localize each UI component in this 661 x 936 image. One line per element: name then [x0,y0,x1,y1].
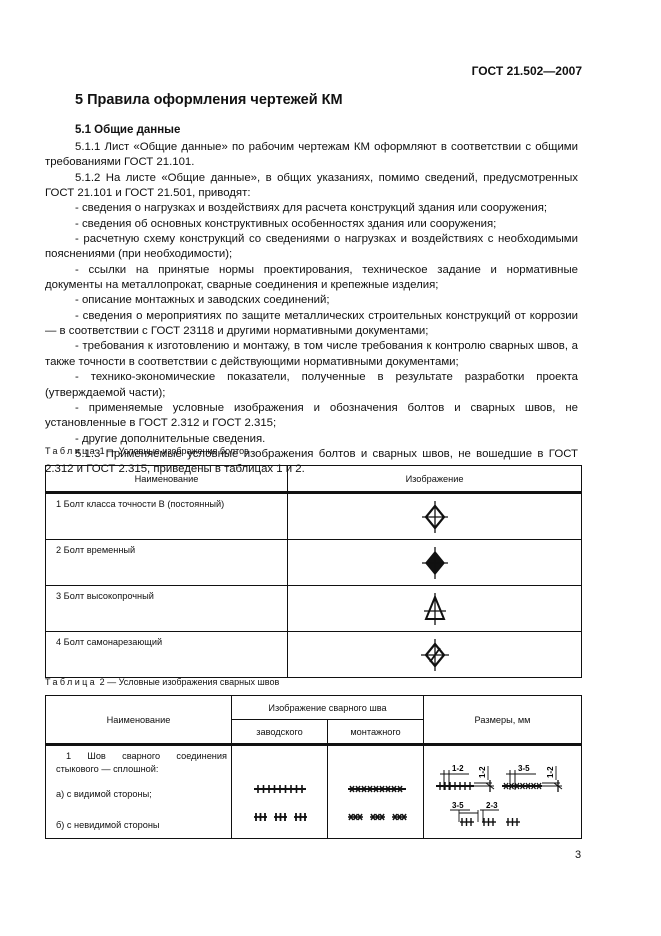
list-item: - расчетную схему конструкций со сведени… [45,232,578,263]
paragraph-5-1-1: 5.1.1 Лист «Общие данные» по рабочим чер… [45,140,578,171]
list-item: - сведения о мероприятиях по защите мета… [45,309,578,340]
column-header-site: монтажного [328,720,424,745]
list-item: - ссылки на принятые нормы проектировани… [45,263,578,294]
table-row: 2 Болт временный [46,540,582,586]
weld-butt-visible-factory-icon [254,785,306,793]
page-number: 3 [575,849,581,861]
list-item: - сведения о нагрузках и воздействиях дл… [45,201,578,216]
list-item: - другие дополнительные сведения. [45,432,578,447]
paragraph-5-1-2: 5.1.2 На листе «Общие данные», в общих у… [45,171,578,202]
table2-caption: Таблица 2 — Условные изображения сварных… [45,677,279,687]
svg-text:1-2: 1-2 [478,766,487,778]
weld-dimensions-diagram: 1-2 1-2 3-5 1-2 3-5 [424,746,581,834]
column-header-name: Наименование [46,696,232,745]
bolt-temporary-icon [420,546,450,580]
list-item: - технико-экономические показатели, полу… [45,370,578,401]
bolt-permanent-icon [420,500,450,534]
weld-butt-hidden-factory-icon [254,813,307,821]
table-weld-symbols: Наименование Изображение сварного шва Ра… [45,695,582,839]
list-item: - применяемые условные изображения и обо… [45,401,578,432]
column-header-name: Наименование [46,466,288,493]
table-row: 1 Болт класса точности В (постоянный) [46,493,582,540]
bolt-high-strength-icon [420,592,450,626]
svg-text:1-2: 1-2 [452,764,464,773]
weld-butt-visible-site-icon [348,786,406,792]
section-title: 5 Правила оформления чертежей КМ [75,92,343,108]
column-header-dimensions: Размеры, мм [424,696,582,745]
table-row: 1 Шов сварного соединения стыкового — сп… [46,745,582,839]
column-header-image: Изображение [288,466,582,493]
bolt-self-tapping-icon [419,638,451,672]
list-item: - требования к изготовлению и монтажу, в… [45,339,578,370]
weld-butt-hidden-site-icon [348,814,407,820]
svg-text:3-5: 3-5 [518,764,530,773]
column-header-factory: заводского [232,720,328,745]
svg-text:1-2: 1-2 [546,766,555,778]
list-item: - сведения об основных конструктивных ос… [45,217,578,232]
table-row: 4 Болт самонарезающий [46,632,582,678]
subsection-title: 5.1 Общие данные [75,124,180,136]
body-text: 5.1.1 Лист «Общие данные» по рабочим чер… [45,140,578,478]
document-code: ГОСТ 21.502—2007 [472,64,582,78]
svg-text:2-3: 2-3 [486,801,498,810]
column-header-weld-image: Изображение сварного шва [232,696,424,720]
svg-text:3-5: 3-5 [452,801,464,810]
list-item: - описание монтажных и заводских соедине… [45,293,578,308]
table1-caption: Таблица 1 — Условные изображения болтов [45,446,249,456]
table-bolt-symbols: Наименование Изображение 1 Болт класса т… [45,465,582,678]
table-row: 3 Болт высокопрочный [46,586,582,632]
